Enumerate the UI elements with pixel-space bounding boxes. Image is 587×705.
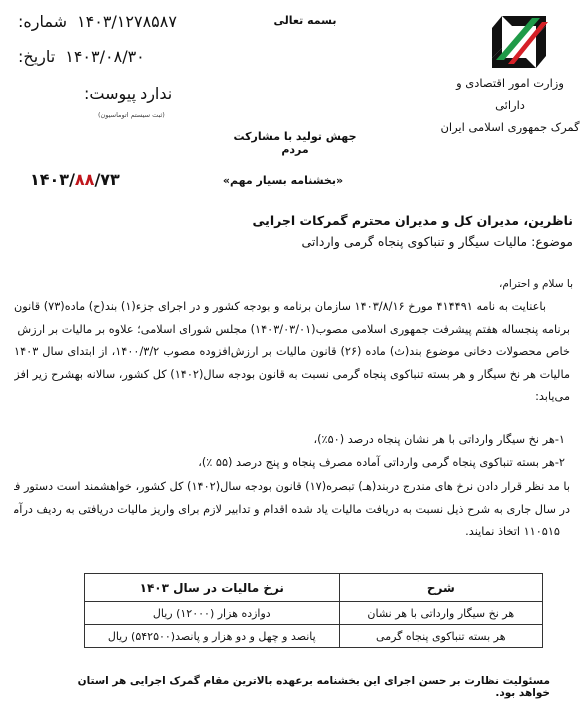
- body-line: برنامه پنجساله هفتم پیشرفت جمهوری اسلامی…: [14, 319, 570, 342]
- circular-number-highlight: ۸۸: [75, 170, 95, 189]
- tax-rate-table: شرح نرخ مالیات در سال ۱۴۰۳ هر نخ سیگار و…: [84, 573, 543, 648]
- circular-number: ۱۴۰۳/۸۸/۷۳: [30, 170, 120, 189]
- number-label: شماره:: [18, 12, 67, 31]
- year-slogan: جهش تولید با مشارکت مردم: [220, 130, 370, 156]
- ministry-line: وزارت امور اقتصادی و دارائی: [440, 72, 580, 116]
- body-line: خاص محصولات دخانی موضوع بند(ث) ماده (۲۶)…: [14, 341, 570, 364]
- responsibility-note: مسئولیت نظارت بر حسن اجرای این بخشنامه ب…: [50, 675, 550, 699]
- table-row: هر بسته تنباکوی پنجاه گرمی پانصد و چهل و…: [85, 625, 543, 648]
- header-description: شرح: [339, 574, 542, 602]
- letter-number: شماره: ۱۴۰۳/۱۲۷۸۵۸۷: [18, 12, 177, 31]
- body-line: باعنایت به نامه ۴۱۴۴۹۱ مورخ ۱۴۰۳/۸/۱۶ سا…: [14, 296, 570, 319]
- cell-description: هر نخ سیگار وارداتی با هر نشان: [339, 602, 542, 625]
- attachment-value: ندارد: [140, 84, 172, 103]
- instruction-paragraph: با مد نظر قرار دادن نرخ های مندرج دربند(…: [14, 476, 570, 544]
- table-header-row: شرح نرخ مالیات در سال ۱۴۰۳: [85, 574, 543, 602]
- number-value: ۱۴۰۳/۱۲۷۸۵۸۷: [77, 12, 177, 31]
- cell-rate: پانصد و چهل و دو هزار و پانصد(۵۴۲۵۰۰) ری…: [85, 625, 340, 648]
- letter-date: تاریخ: ۱۴۰۳/۰۸/۳۰: [18, 47, 145, 66]
- table-row: هر نخ سیگار وارداتی با هر نشان دوازده هز…: [85, 602, 543, 625]
- list-item: ۲-هر بسته تنباکوی پنجاه گرمی وارداتی آما…: [198, 456, 565, 469]
- body-line: ۱۱۰۵۱۵ اتخاذ نمایند.: [14, 521, 570, 544]
- list-item: ۱-هر نخ سیگار وارداتی با هر نشان پنجاه د…: [313, 433, 565, 446]
- circular-number-part3: /۷۳: [94, 170, 119, 189]
- body-line: مالیات هر نخ سیگار و هر بسته تنباکوی پنج…: [14, 364, 570, 387]
- ministry-title: وزارت امور اقتصادی و دارائی گمرک جمهوری …: [440, 72, 580, 138]
- date-value: ۱۴۰۳/۰۸/۳۰: [65, 47, 145, 66]
- customs-logo-icon: [488, 14, 550, 70]
- circular-number-part1: ۱۴۰۳/: [30, 170, 75, 189]
- cell-description: هر بسته تنباکوی پنجاه گرمی: [339, 625, 542, 648]
- cell-rate: دوازده هزار (۱۲۰۰۰) ریال: [85, 602, 340, 625]
- subject: موضوع: مالیات سیگار و تنباکوی پنجاه گرمی…: [301, 234, 573, 249]
- attachment-label: پیوست:: [84, 84, 136, 103]
- header-rate: نرخ مالیات در سال ۱۴۰۳: [85, 574, 340, 602]
- body-line: در سال جاری به شرح ذیل نسبت به دریافت ما…: [14, 499, 570, 522]
- letter-attachment: پیوست: ندارد: [84, 84, 172, 103]
- date-label: تاریخ:: [18, 47, 55, 66]
- body-paragraph: باعنایت به نامه ۴۱۴۴۹۱ مورخ ۱۴۰۳/۸/۱۶ سا…: [14, 296, 570, 409]
- body-line: می‌یابد:: [14, 386, 570, 409]
- body-line: با مد نظر قرار دادن نرخ های مندرج دربند(…: [14, 476, 570, 499]
- importance-label: «بخشنامه بسیار مهم»: [218, 174, 348, 187]
- automation-note: (ثبت سیستم اتوماسیون): [98, 111, 165, 119]
- addressee: ناظرین، مدیران کل و مدیران محترم گمرکات …: [253, 213, 573, 228]
- customs-line: گمرک جمهوری اسلامی ایران: [440, 116, 580, 138]
- greeting: با سلام و احترام،: [499, 278, 573, 290]
- bismillah-heading: بسمه تعالی: [250, 14, 360, 27]
